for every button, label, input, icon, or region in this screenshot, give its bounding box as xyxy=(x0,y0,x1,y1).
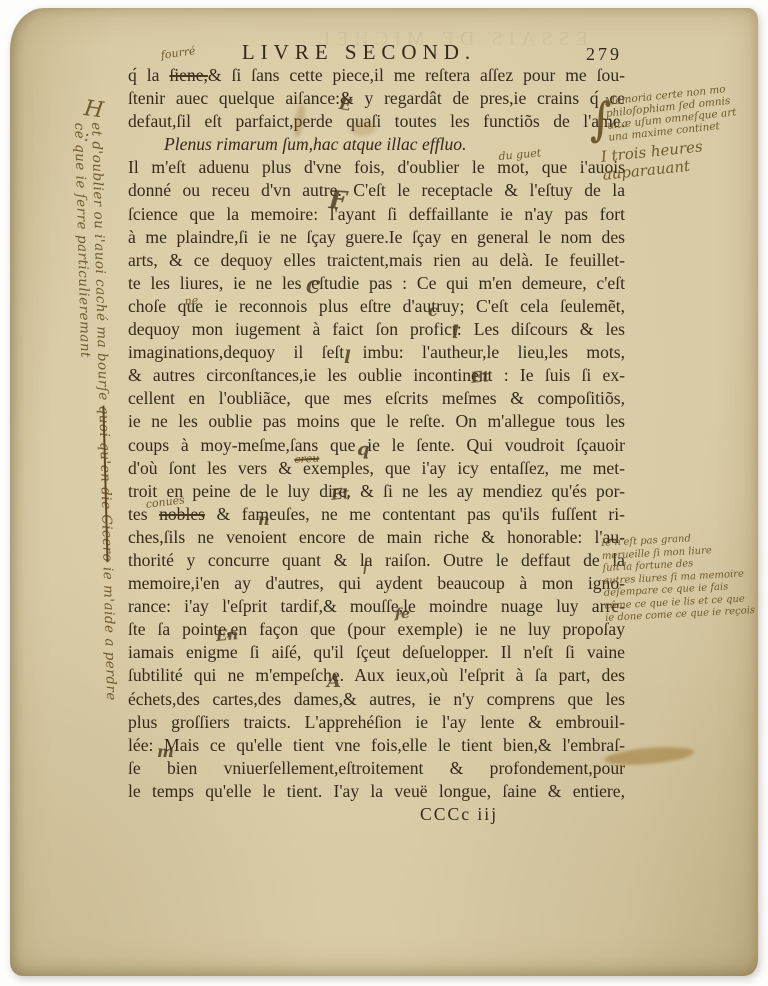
interlinear-text: fourré xyxy=(160,44,196,62)
printed-text-block: q́ la ſiene,& ſi ſans cette piece,il me … xyxy=(128,64,625,826)
print-line: Il m'eſt aduenu plus d'vne fois, d'oubli… xyxy=(128,156,625,179)
print-line: q́ la ſiene,& ſi ſans cette piece,il me … xyxy=(128,64,625,87)
print-line: defaut,ſil eſt parfaict,perde quaſi tout… xyxy=(128,110,625,133)
print-line: donné ou receu d'vn autre. C'eſt le rece… xyxy=(128,179,625,202)
ink-correction-mark: A xyxy=(327,671,341,692)
ink-correction-mark: Et xyxy=(470,367,490,387)
print-line: choſe que ie reconnois plus eſtre d'autr… xyxy=(128,295,625,318)
print-line: coups à moy-meſme,ſans que ie le ſente. … xyxy=(128,434,625,457)
print-line: dequoy mon iugement à faict ſon profict:… xyxy=(128,318,625,341)
text-segment: & ſi ſans cette piece,il me reſtera aſſe… xyxy=(208,65,625,85)
ink-correction-mark: C xyxy=(306,277,320,298)
print-line: thorité y concurre quant & la raiſon. Ou… xyxy=(128,549,625,572)
print-line: ie ne les oublie pas moins que le reſte.… xyxy=(128,410,625,433)
interlinear-fourre: fourré xyxy=(160,44,196,62)
signature-mark: CCCc iij xyxy=(128,803,625,826)
print-line: arts, & ce dequoy elles traictent,mais r… xyxy=(128,249,625,272)
interlinear-ne: ne xyxy=(184,294,199,308)
ink-correction-mark: F xyxy=(328,185,348,215)
print-line: lée: Mais ce qu'elle tient vne fois,elle… xyxy=(128,734,625,757)
page-scan: ESSAIS DE MICHEL LIVRE SECOND. 279 q́ la… xyxy=(10,8,758,976)
left-margin-h-mark: H xyxy=(83,96,105,123)
ink-correction-mark: q xyxy=(357,439,370,460)
print-line: ſtenir auec quelque aiſance:& y regardât… xyxy=(128,87,625,110)
print-line: cellent en l'oubliãce, que mes eſcrits m… xyxy=(128,387,625,410)
print-line: imaginations,dequoy il ſeſt imbu: l'auth… xyxy=(128,341,625,364)
ink-correction-mark: En xyxy=(215,625,239,645)
print-line: ſubtilité qui ne m'empeſche. Aux ieux,où… xyxy=(128,664,625,687)
text-segment: ie m'aide a perdre xyxy=(100,562,120,701)
ink-correction-mark: l xyxy=(344,347,351,368)
print-line: tes nobles & fameuſes, ne me contentant … xyxy=(128,503,625,526)
print-line: troit en peine de le luy dire, & ſi ne l… xyxy=(128,480,625,503)
page-number: 279 xyxy=(586,44,622,65)
print-line: te les liures, ie ne les eſtudie pas : C… xyxy=(128,272,625,295)
print-line: iamais enigme ſi aiſé, qu'il ſçeut deſue… xyxy=(128,641,625,664)
struck-word: ſiene, xyxy=(169,65,208,85)
print-line: rance: i'ay l'eſprit tardif,& mouſſe,le … xyxy=(128,595,625,618)
print-line: échets,des cartes,des dames,& autres, ie… xyxy=(128,688,625,711)
italic-quote-line: Plenus rimarum ſum,hac atque illac efflu… xyxy=(128,133,625,156)
text-segment: Plenus rimarum ſum,hac atque illac efflu… xyxy=(164,134,466,154)
print-line: ſte ſa pointe,en façon que (pour exemple… xyxy=(128,618,625,641)
print-line: à me plaindre,ſi ie ne ſçay guere.Ie ſça… xyxy=(128,226,625,249)
interlinear-creu: creu xyxy=(294,452,320,466)
interlinear-text: ne xyxy=(184,294,199,308)
margin-note-memoire: Ie n'eſt pas grandmerueille ſi mon liure… xyxy=(601,529,758,625)
print-line: memoire,i'en ay d'autres, qui aydent bea… xyxy=(128,572,625,595)
print-line: & autres circonſtances,ie les oublie inc… xyxy=(128,364,625,387)
ink-correction-mark: ſe xyxy=(395,606,410,622)
print-line: le temps qu'elle le tient. I'ay la veuë … xyxy=(128,780,625,803)
ink-correction-mark: n xyxy=(258,510,270,529)
ink-correction-mark: ⌐ xyxy=(606,533,618,549)
struck-word: quoi qu'en die Cicero xyxy=(95,405,115,562)
interlinear-text: creu xyxy=(294,452,320,466)
ink-correction-mark: c xyxy=(428,301,438,320)
scanned-book-page: { "colors":{ "paper":"#d6c8a2","print_in… xyxy=(0,0,768,986)
text-segment: q́ la xyxy=(128,65,169,85)
ink-correction-mark: m xyxy=(157,742,174,761)
print-line: plus groſſiers traicts. L'apprehéſion ie… xyxy=(128,711,625,734)
print-line: d'où ſont les vers & exemples, que i'ay … xyxy=(128,457,625,480)
print-line: ches,ſils ne venoient encore de main ric… xyxy=(128,526,625,549)
left-margin-note: et d'oublier ou i'auoi caché ma bourſe q… xyxy=(71,122,119,683)
print-line: ſcience que la memoire: l'ayant ſi deffa… xyxy=(128,203,625,226)
page-title: LIVRE SECOND. xyxy=(228,40,490,65)
ink-correction-mark: Et xyxy=(330,484,350,504)
print-line: ſe bien vniuerſellement,eſtroitement & p… xyxy=(128,757,625,780)
ink-correction-mark: l xyxy=(452,322,459,343)
